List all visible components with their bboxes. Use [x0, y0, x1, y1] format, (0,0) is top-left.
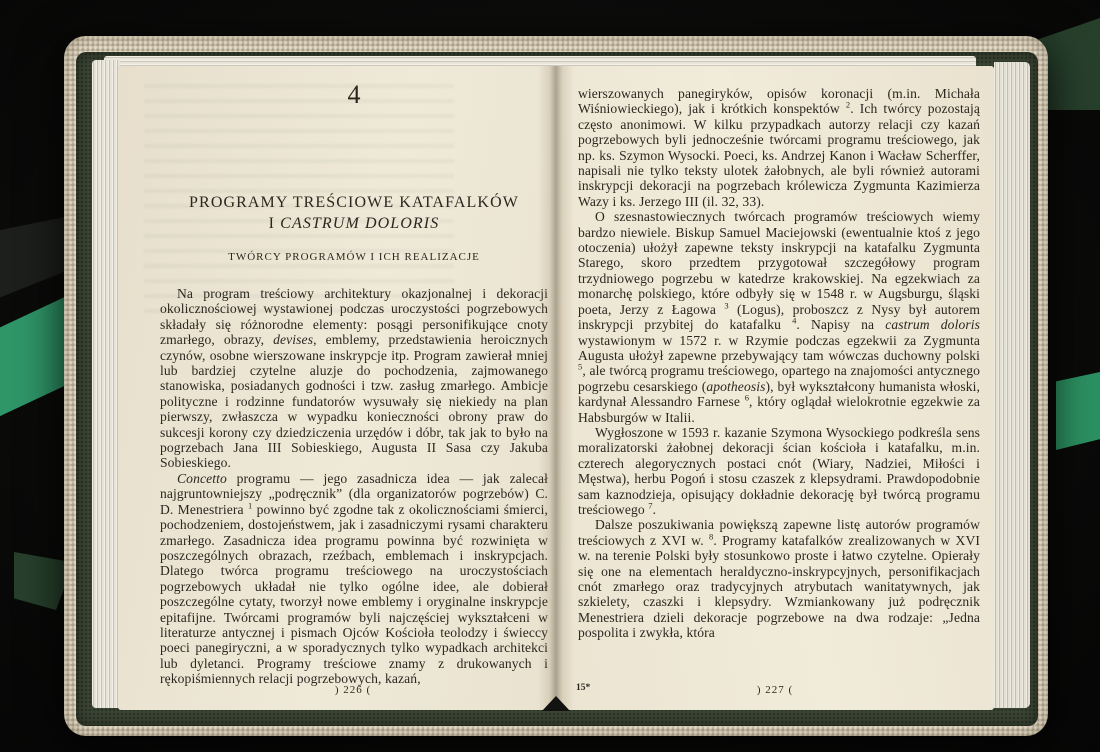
- paragraph: wierszowanych panegiryków, opisów korona…: [578, 86, 980, 209]
- paragraph: O szesnastowiecznych twórcach programów …: [578, 209, 980, 425]
- background-green-accent-right: [1056, 372, 1100, 450]
- page-number-left: ) 226 (: [134, 684, 572, 696]
- paragraph: Wygłoszone w 1593 r. kazanie Szymona Wys…: [578, 425, 980, 517]
- right-page-column: wierszowanych panegiryków, opisów korona…: [578, 86, 980, 641]
- left-page: 4 PROGRAMY TREŚCIOWE KATAFALKÓW I CASTRU…: [118, 66, 556, 710]
- open-book-spread: 4 PROGRAMY TREŚCIOWE KATAFALKÓW I CASTRU…: [118, 66, 994, 710]
- chapter-number: 4: [160, 80, 548, 110]
- photo-background: 4 PROGRAMY TREŚCIOWE KATAFALKÓW I CASTRU…: [0, 0, 1100, 752]
- page-title: PROGRAMY TREŚCIOWE KATAFALKÓW I CASTRUM …: [160, 192, 548, 234]
- paragraph: Concetto programu — jego zasadnicza idea…: [160, 471, 548, 687]
- right-page: wierszowanych panegiryków, opisów korona…: [556, 66, 994, 710]
- page-title-line1: PROGRAMY TREŚCIOWE KATAFALKÓW: [189, 194, 519, 211]
- paragraph: Dalsze poszukiwania powiększą zapewne li…: [578, 517, 980, 640]
- page-title-line2: I CASTRUM DOLORIS: [269, 215, 440, 232]
- section-subtitle: TWÓRCY PROGRAMÓW I ICH REALIZACJE: [160, 251, 548, 263]
- page-stack-left-edge: [92, 60, 120, 708]
- page-number-right: ) 227 (: [556, 684, 994, 696]
- paragraph: Na program treściowy architektury okazjo…: [160, 286, 548, 471]
- left-page-column: 4 PROGRAMY TREŚCIOWE KATAFALKÓW I CASTRU…: [160, 80, 548, 687]
- page-stack-right-edge: [994, 62, 1030, 708]
